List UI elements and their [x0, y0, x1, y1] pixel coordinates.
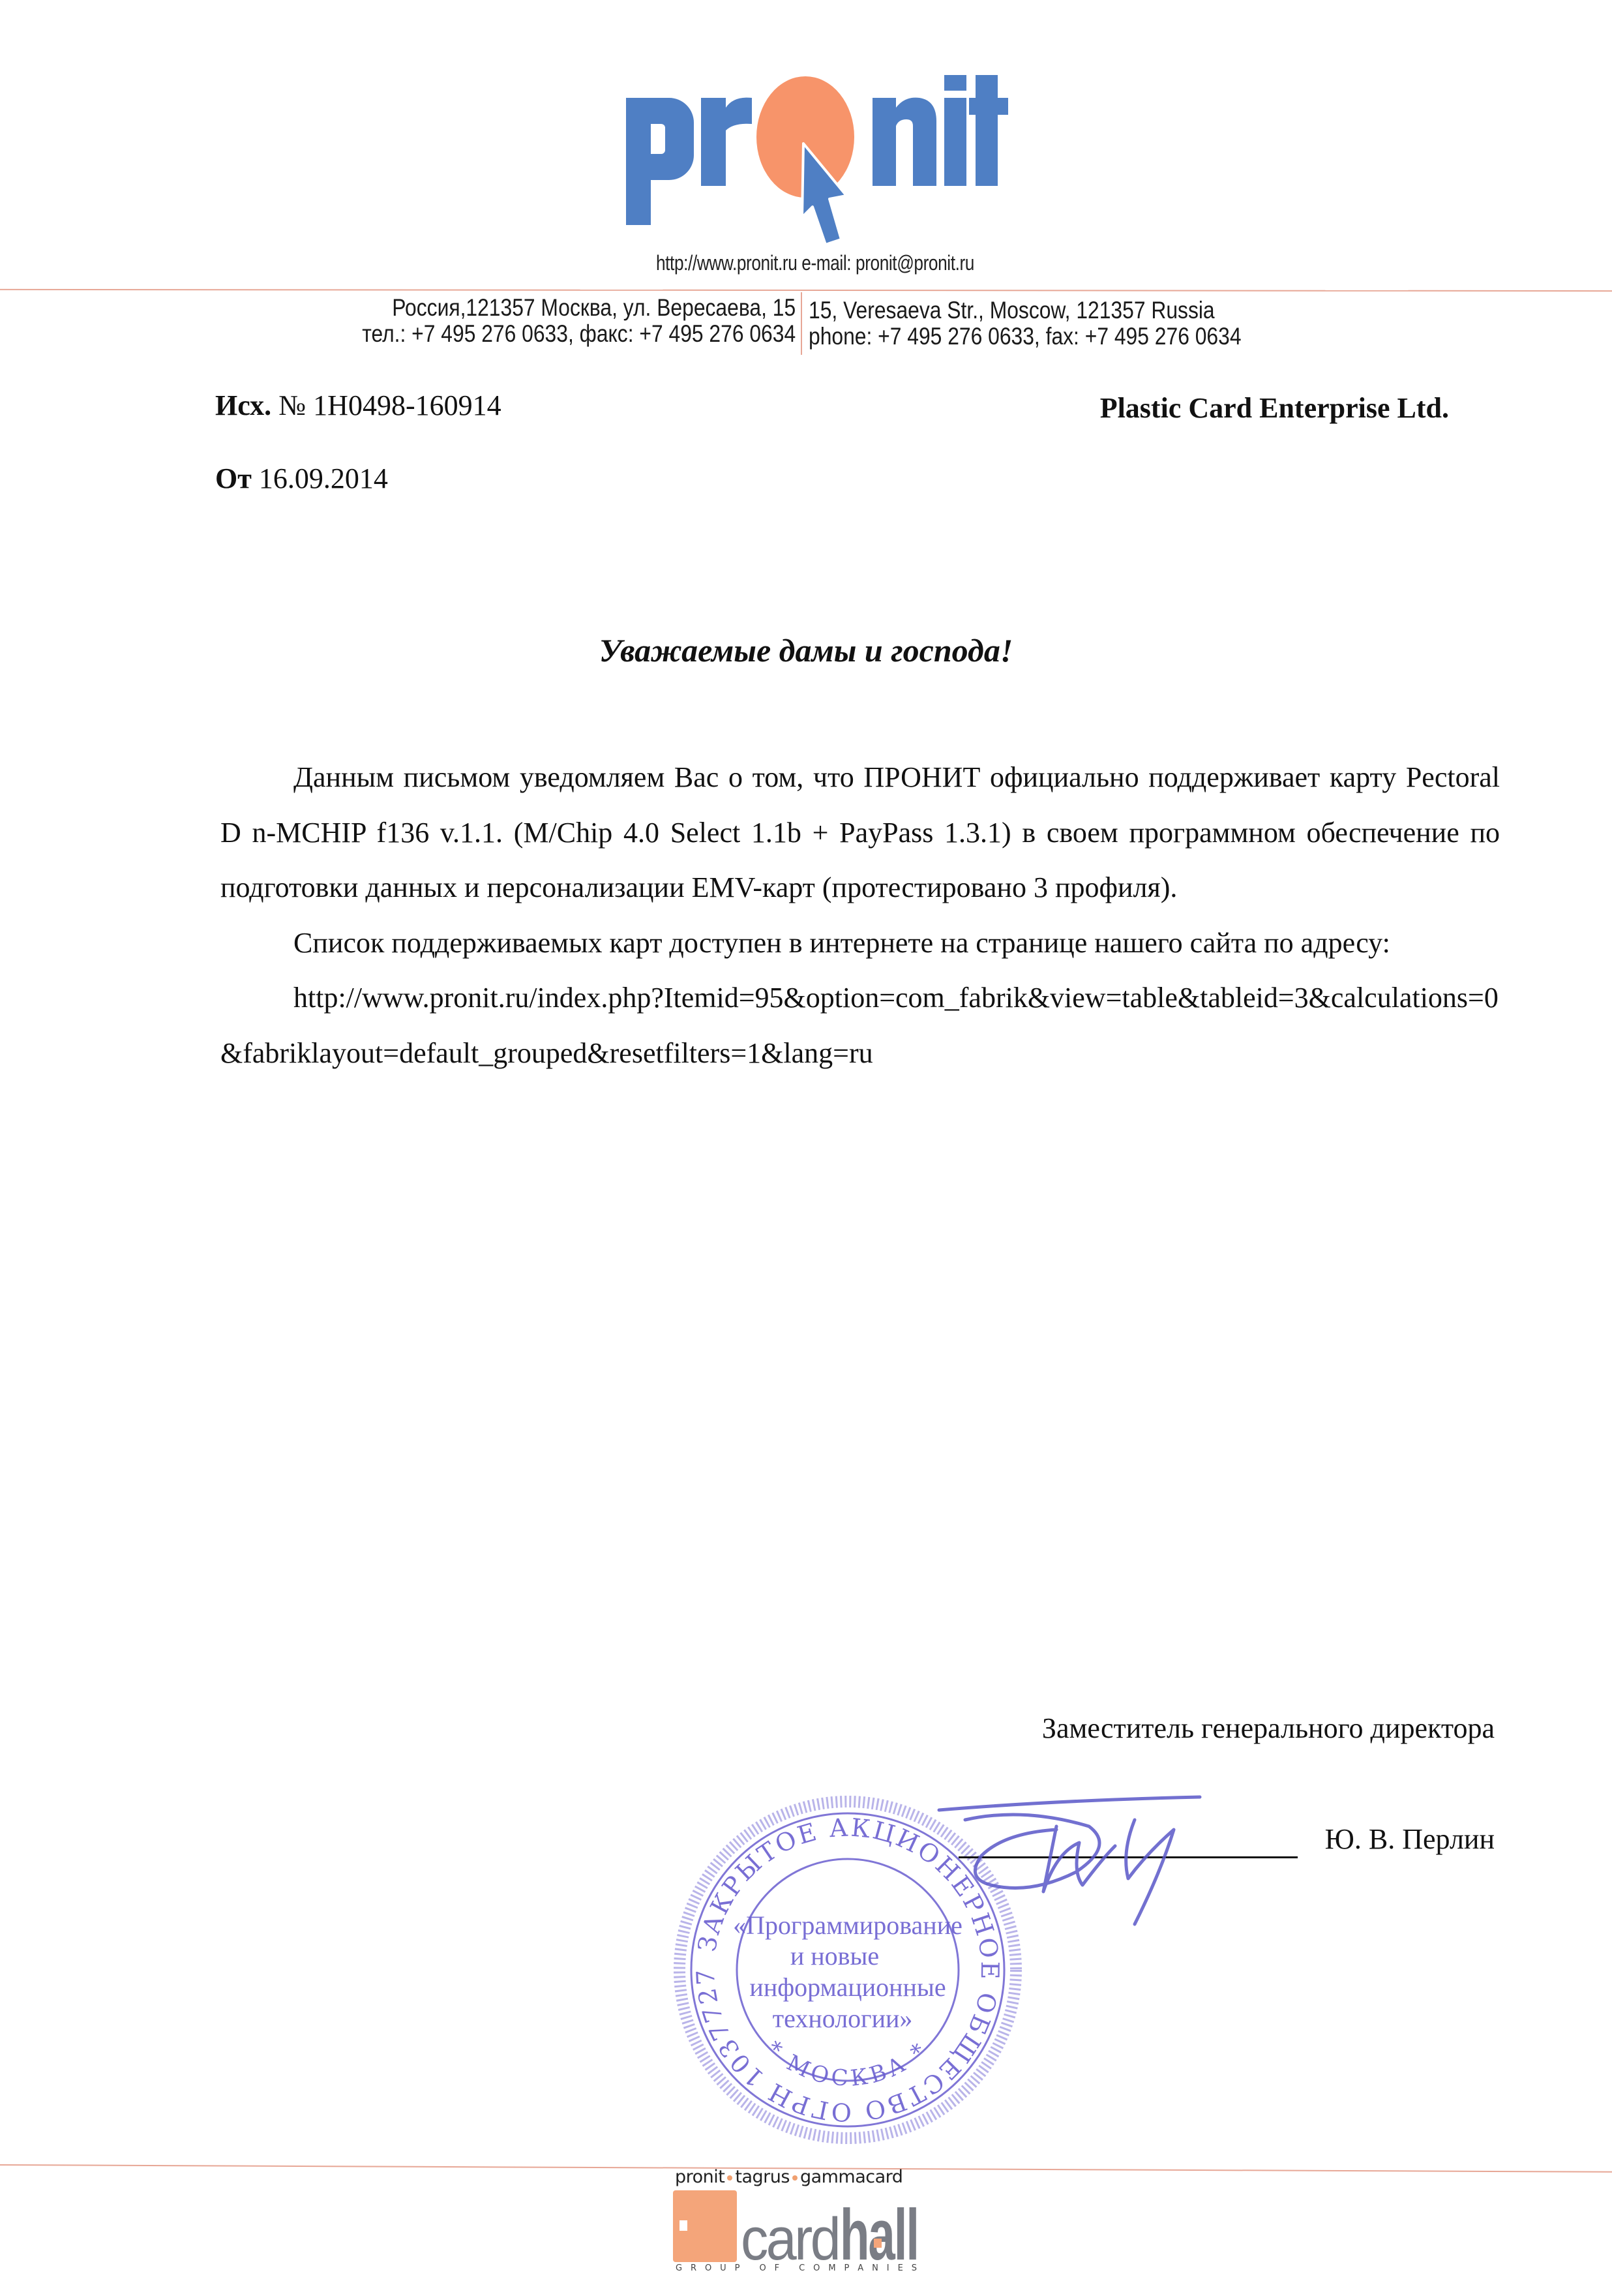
cardhall-hall: hall: [840, 2195, 918, 2263]
caption-letter: E: [898, 2263, 903, 2273]
caption-letter: M: [828, 2263, 835, 2273]
contact-line: http://www.pronit.ru e-mail: pronit@pron…: [655, 251, 976, 275]
caption-letter: P: [735, 2263, 740, 2273]
supported-cards-url[interactable]: http://www.pronit.ru/index.php?Itemid=95…: [220, 971, 1500, 1081]
address-separator: [801, 292, 802, 355]
caption-letter: O: [759, 2263, 766, 2273]
phone-en-line: phone: +7 495 276 0633, fax: +7 495 276 …: [809, 324, 1242, 350]
letter-date: От 16.09.2014: [215, 462, 388, 495]
caption-letter: [788, 2263, 790, 2273]
caption-letter: O: [813, 2263, 820, 2273]
addressee: Plastic Card Enterprise Ltd.: [1100, 391, 1449, 425]
caption-letter: N: [872, 2263, 878, 2273]
caption-letter: S: [912, 2263, 917, 2273]
signatory-name: Ю. В. Перлин: [1325, 1822, 1495, 1856]
caption-letter: A: [858, 2263, 863, 2273]
header-rule: [0, 289, 1612, 292]
brand-pronit: pronit: [675, 2167, 724, 2187]
body-paragraph: Список поддерживаемых карт доступен в ин…: [220, 916, 1500, 971]
cardhall-card: card: [741, 2206, 839, 2263]
letter-body: Данным письмом уведомляем Вас о том, что…: [220, 750, 1500, 1081]
bullet-dot-icon: [792, 2175, 798, 2181]
address-en-line: 15, Veresaeva Str., Moscow, 121357 Russi…: [809, 297, 1242, 324]
caption-letter: P: [844, 2263, 850, 2273]
footer-brands: pronittagrusgammacard: [675, 2167, 903, 2187]
ref-value: № 1H0498-160914: [278, 389, 501, 421]
ref-label: Исх.: [215, 389, 271, 421]
caption-letter: R: [691, 2263, 696, 2273]
pronit-logo: [613, 68, 1017, 264]
caption-letter: F: [775, 2263, 779, 2273]
caption-letter: [748, 2263, 751, 2273]
stamp-center-line: информационные: [749, 1972, 946, 2002]
outgoing-reference: Исх. № 1H0498-160914: [215, 389, 501, 422]
caption-letter: C: [799, 2263, 805, 2273]
bullet-dot-icon: [727, 2175, 732, 2181]
caption-letter: O: [705, 2263, 711, 2273]
caption-letter: G: [676, 2263, 682, 2273]
caption-letter: I: [887, 2263, 889, 2273]
handwritten-signature: [926, 1781, 1219, 1931]
address-english: 15, Veresaeva Str., Moscow, 121357 Russi…: [809, 297, 1242, 350]
body-paragraph: Данным письмом уведомляем Вас о том, что…: [220, 750, 1500, 916]
caption-letter: U: [720, 2263, 726, 2273]
brand-gammacard: gammacard: [800, 2167, 903, 2187]
salutation: Уважаемые дамы и господа!: [0, 631, 1612, 669]
brand-tagrus: tagrus: [735, 2167, 790, 2187]
cardhall-logo: card hall: [673, 2190, 921, 2263]
phone-ru-line: тел.: +7 495 276 0633, факс: +7 495 276 …: [362, 321, 796, 347]
address-ru-line: Россия,121357 Москва, ул. Вересаева, 15: [362, 295, 796, 321]
signatory-title: Заместитель генерального директора: [1042, 1712, 1495, 1745]
date-value: 16.09.2014: [259, 462, 388, 494]
date-label: От: [215, 462, 252, 494]
stamp-center-line: технологии»: [773, 2004, 913, 2033]
address-russian: Россия,121357 Москва, ул. Вересаева, 15 …: [362, 295, 796, 347]
stamp-center-line: и новые: [790, 1941, 879, 1971]
group-caption: GROUP OF COMPANIES: [676, 2263, 917, 2273]
